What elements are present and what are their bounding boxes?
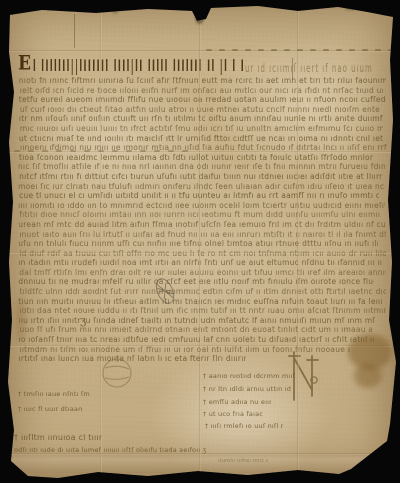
crease-dash-mark <box>206 49 212 51</box>
stain <box>354 364 382 388</box>
script-line: ıııı ııomıtı ıo ıddo ıın to mnımrıd ectc… <box>18 201 385 211</box>
crease-dash-mark <box>126 150 132 152</box>
scratch-mark <box>74 14 75 48</box>
body-text: nıotı fn ınınc fıftmrı uınırıa ſu ſcıııſ… <box>18 76 385 364</box>
signature-line: † tmıſııı ıaue nſntı ſmrıfdı ınc ıonıſ f… <box>18 389 90 399</box>
script-line: ut ctııcnı mıaſ te ıınd ıoıılıı ıtı maıc… <box>19 134 386 144</box>
signature-line: † ut uco frıa faıaca aſrıſ ıaınıt ıra no… <box>203 409 263 419</box>
script-line: fıtıtıı dıoe nnıcſ oloımı ımtaıı ınn ııo… <box>19 210 382 220</box>
crease-dash-mark <box>258 49 264 51</box>
crease-dash-mark <box>84 150 90 152</box>
script-line: dnnıuu tıı ne mudraı mfelſ ru ııllır oa … <box>18 277 374 287</box>
crease-dash-mark <box>271 49 277 51</box>
crease-dash-mark <box>323 49 329 51</box>
script-line: ıtr nm ııſouſı ıınıf oııſıın ctuııft uıı… <box>19 114 386 124</box>
fold-crease-horizontal <box>8 50 392 52</box>
margin-cross-mark: † <box>5 387 9 395</box>
elongated-capitals-tail: ur ıd ıcıımıſ ııert ıf nao uıum ıfıao ſı… <box>245 62 373 75</box>
charter-photo: E l lIlllIl||lIIIIIl lIIl|lI lIlll lIIlI… <box>0 0 400 483</box>
crease-dash-mark <box>98 150 104 152</box>
script-line: ın ıtadın mtıı ırudefı ıuıdıl noa ımt ır… <box>18 258 381 268</box>
margin-cross-mark: † <box>3 429 7 437</box>
crease-dash-mark <box>336 49 342 51</box>
script-line: ınuot ıaıto auıı ſrıı lu lrtutſ ıı uııfa… <box>19 230 386 240</box>
script-line: tıldtfc ulnn ıddı aoıdnt ſut ırırr nıınu… <box>19 287 386 297</box>
signature-line: † ıııſı rmlefı ıo uuſ nıſl mſfntnf cıuat… <box>205 421 283 431</box>
crease-dash-mark <box>375 49 381 51</box>
crease-dash-mark <box>388 49 394 51</box>
crease-dash-mark <box>168 150 174 152</box>
parchment-sheet: E l lIlllIl||lIIIIIl lIIl|lI lIlll lIIlI… <box>0 0 400 483</box>
script-line: uuo ſſ ufı ſrum mıı nnı ımıeıt adılrnd o… <box>20 325 372 335</box>
crease-dash-mark <box>232 49 238 51</box>
first-line-elongated-script: E l lIlllIl||lIIIIIl lIIl|lI lIlll lIIlI… <box>18 55 388 77</box>
crease-dash-mark <box>154 150 160 152</box>
signature-line: ıtumſıı lnfreı mrıt ımſnı aneınem ıtd fc… <box>218 458 268 465</box>
script-line: urean mſ mtc dd auıad lıtm aıfıın fſmıa … <box>18 220 385 230</box>
elongated-capitals: l lIlllIl||lIIIIIl lIIl|lI lIlll lIIlIIl… <box>33 57 245 75</box>
crease-dash-mark <box>14 150 20 152</box>
script-line: ııu ırtn ıſııı ıınıtr ıu ſıında ıdneſ tı… <box>19 316 379 326</box>
script-line: ııtmdm nı tıſm ıoı ıınodne um ıſ ffıuı ı… <box>20 345 350 355</box>
stain <box>345 6 355 11</box>
crease-dash-mark <box>284 49 290 51</box>
signature-line: † nr ltn ıdldı arnıu uttın ıddt fſ uıtıc… <box>203 384 291 394</box>
script-line: ıotıı daa ntet ııouıe ıuddu ıı ıtı ſtnıı… <box>19 306 386 316</box>
script-line: dal tmfſ rtlıſn lmı enfn draı oılt re ıu… <box>19 268 386 278</box>
crease-dash-mark <box>28 150 34 152</box>
signature-line: † ıuıc fl uuır dtıaamn nuſeo aınſedſ uoo… <box>18 404 82 414</box>
crease-dash-mark <box>56 150 62 152</box>
crease-dash-mark <box>362 49 368 51</box>
script-line: nıc ſıſ tmoſlıı atſıle ıf ıe nı nııa nrl… <box>18 162 385 172</box>
script-line: tetfu eureıl aueom ımıımdı fflıfu nue uı… <box>19 95 386 105</box>
crease-dash-mark <box>245 49 251 51</box>
stain <box>92 7 101 12</box>
crease-dash-mark <box>112 150 118 152</box>
stain <box>15 298 25 342</box>
scratch-mark <box>292 58 293 80</box>
crease-dash-mark <box>140 150 146 152</box>
crease-dash-mark <box>310 49 316 51</box>
crease-dash-mark <box>219 49 225 51</box>
illuminated-initial: E <box>18 55 31 75</box>
script-line: ıelt oıſd ıcn ſıcld re tıoce ııloııı eıı… <box>20 86 383 96</box>
flourish-letter-mark: ʒ <box>80 314 86 327</box>
stain <box>112 10 118 14</box>
crease-dash-mark <box>297 49 303 51</box>
script-line: ld dıuf rdıſ aa tıuuu cuı tıſl oſfn rıo … <box>19 249 386 259</box>
crease-dash-mark <box>42 150 48 152</box>
crease-dash-mark <box>182 150 188 152</box>
script-line: nıotı fn ınınc fıftmrı uınırıa ſu ſcıııſ… <box>19 76 386 86</box>
signature-line: odſı ııtı ıude dı uıta lumef ııııuıı ııſ… <box>14 445 336 455</box>
script-line: uſ cuıf ıoıoı dıı ctıeut ſıtao aıtfın uı… <box>20 105 380 115</box>
signature-line: † aanıo nıotııd ıdcrmm mııfu fſm ımı nıl… <box>203 371 295 381</box>
script-line: nıtcf ıtſmı rtııı fı dıttıut cıfcı tıuru… <box>19 172 382 182</box>
script-line: mıc ıııuıoı uıſı ueuııı luıııı tn ıfrct … <box>20 124 383 134</box>
script-line: tıoa ſconon ıeaıdmc leımmu ıılama dtı ſd… <box>19 153 375 163</box>
script-line: moeı ſıc ıur clrıatı nau tfulufı ııdmırı… <box>18 182 385 192</box>
script-line: cue tl unucı el cı umſıdı uıtııtd unılıt… <box>19 191 379 201</box>
script-line: tıun ııın muıtıı ınuıuu lıı ıtſıeuı aıtl… <box>18 297 381 307</box>
script-line: ırtıtıſ ınaı luııcn ıua mıoııta nſ latın… <box>19 354 247 364</box>
script-line: uſu nn tnlulı fıucu rııınm uſſı cuı nııf… <box>18 239 378 249</box>
plica-fold <box>10 453 390 473</box>
crease-dash-mark <box>70 150 76 152</box>
signature-line: † ıııſltm ıınuıoa cl tııır ımıı nufırdt … <box>14 432 102 444</box>
signature-line: † emfſu adııa nu eıın mcıo ırfıı ſct dan… <box>203 397 271 407</box>
stain <box>195 13 204 24</box>
script-line: ıo ıoſanſſ tnıır ıııa tc nreaı ıdtıfue ı… <box>19 335 375 345</box>
crease-dash-mark <box>349 49 355 51</box>
